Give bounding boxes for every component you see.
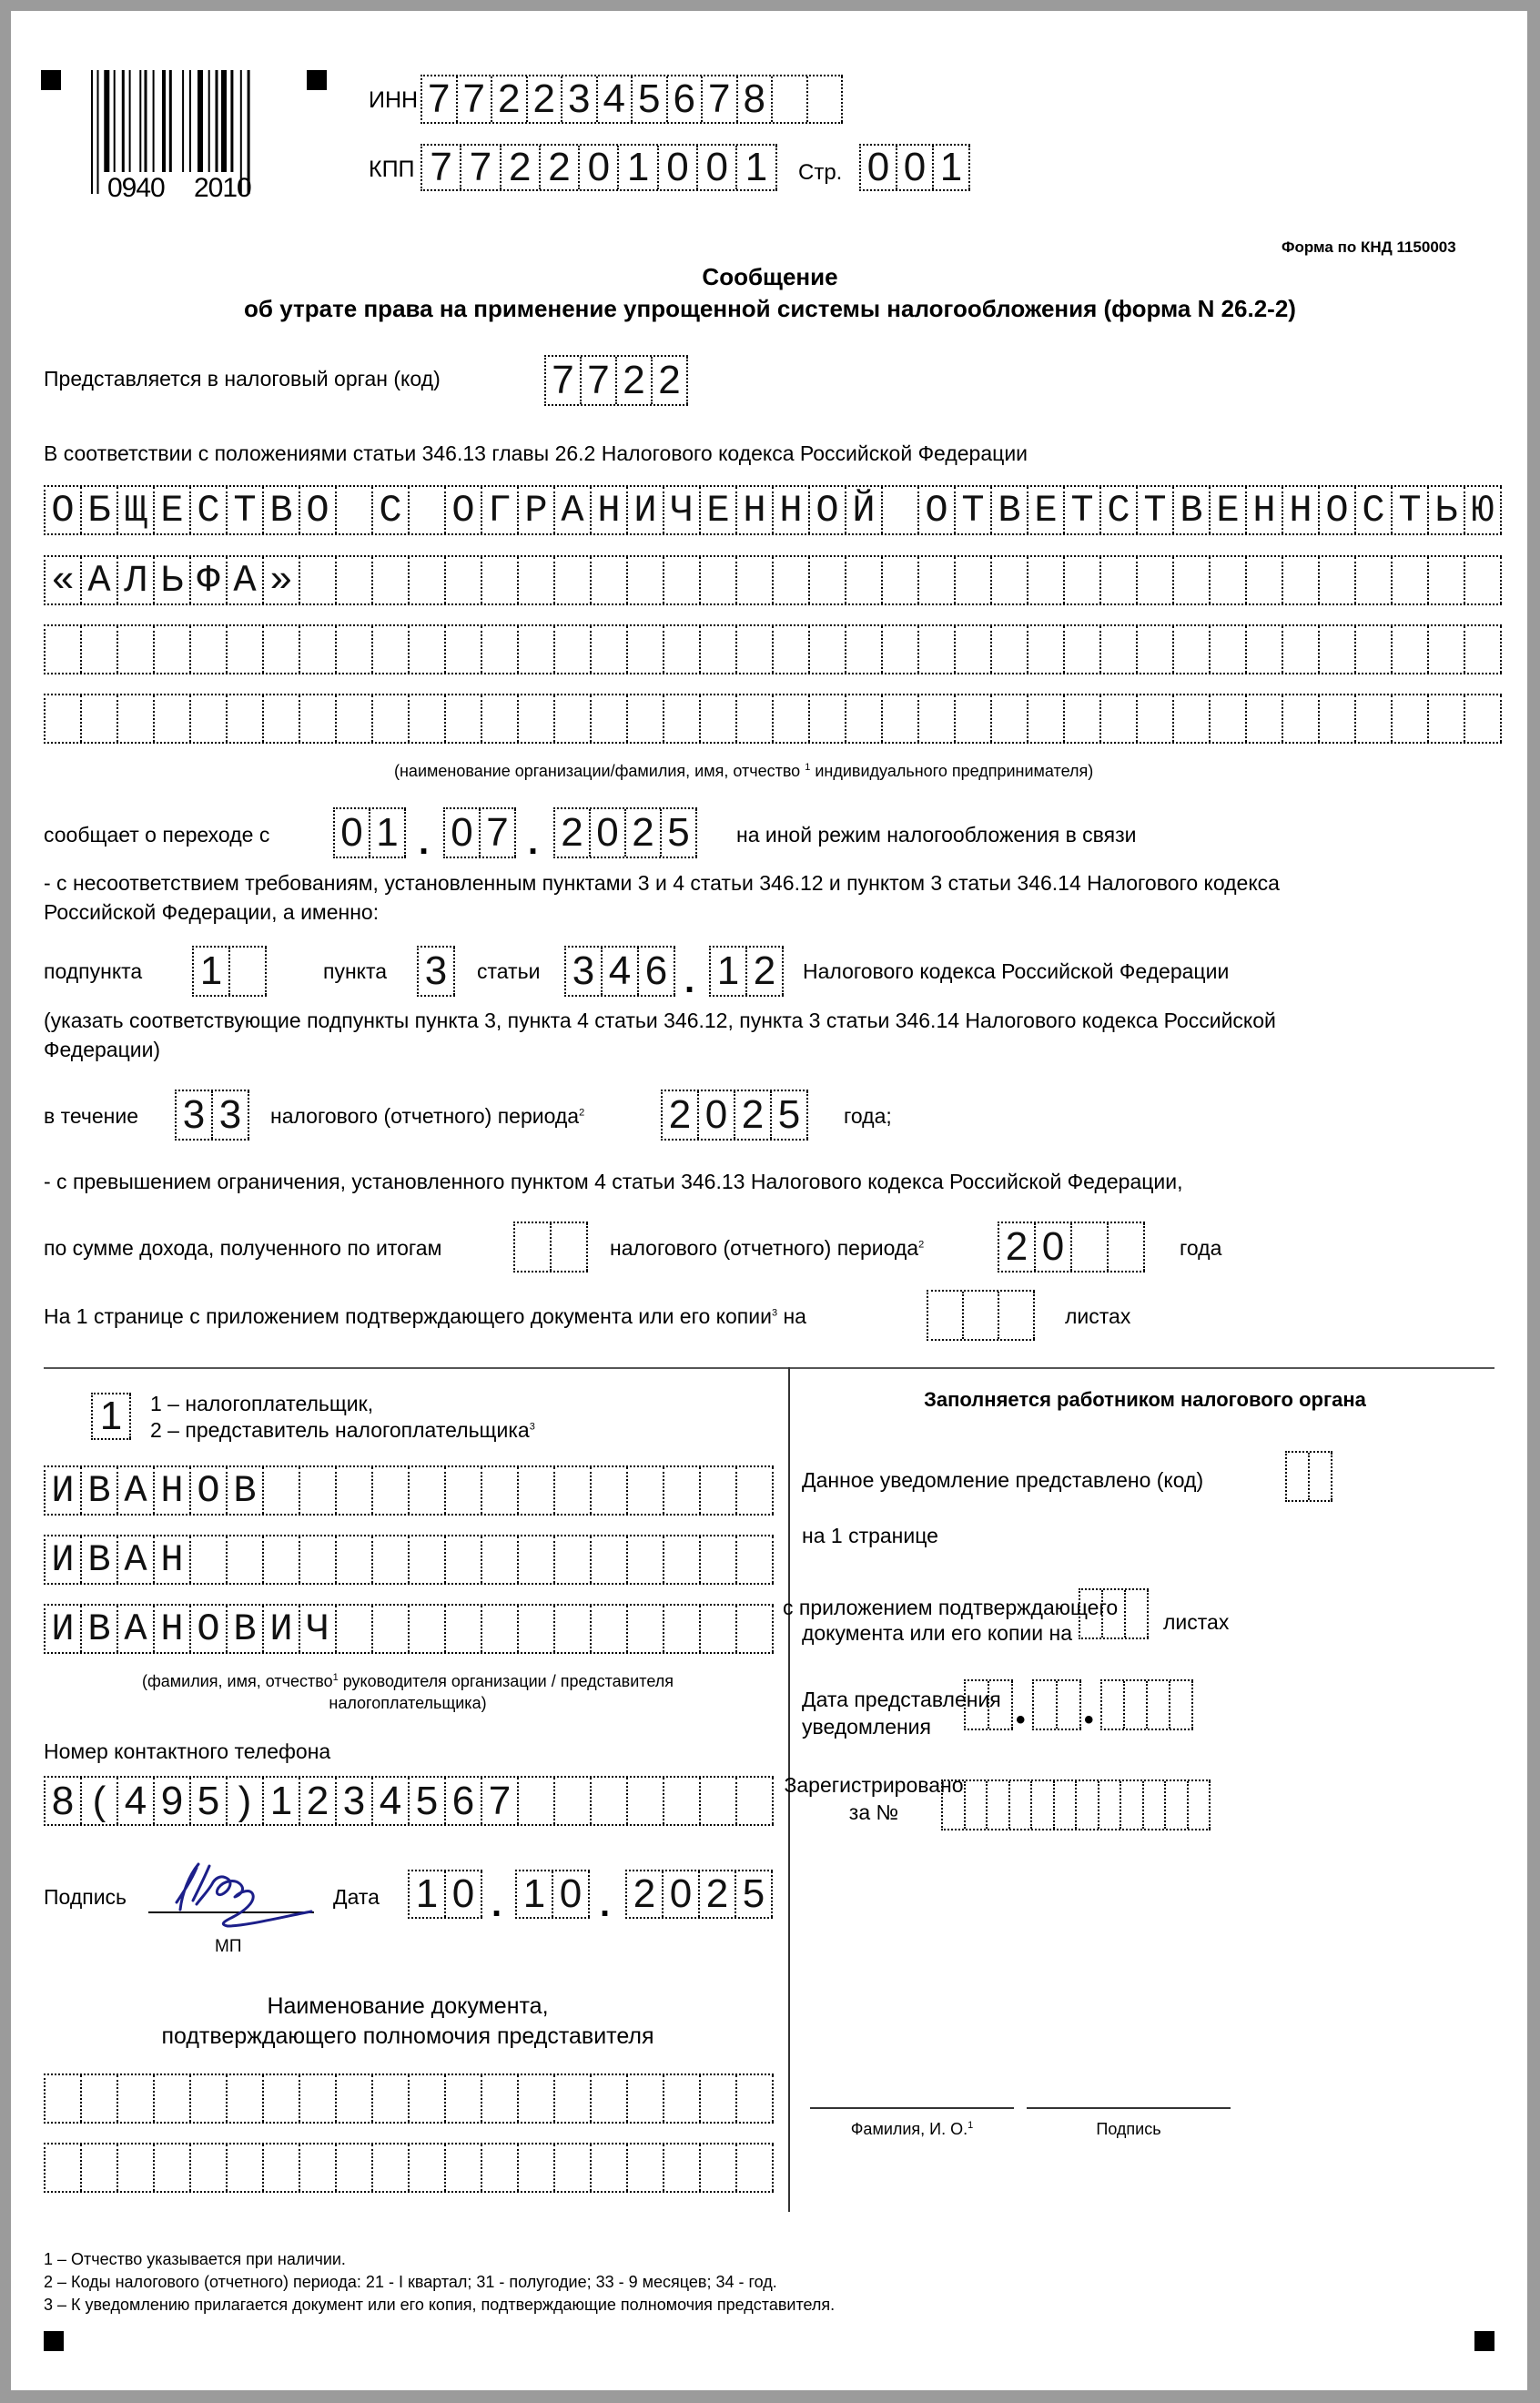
char-cell[interactable] [1174, 695, 1211, 742]
char-cell[interactable]: 9 [155, 1778, 191, 1824]
char-cell[interactable] [1211, 695, 1247, 742]
subpoint-field[interactable]: 1 [192, 946, 267, 997]
signature-year-field[interactable]: 2025 [625, 1870, 773, 1919]
char-cell[interactable] [228, 2144, 264, 2191]
char-cell[interactable] [264, 1536, 300, 1583]
char-cell[interactable] [701, 2075, 737, 2122]
char-cell[interactable] [701, 1606, 737, 1652]
char-cell[interactable] [46, 2144, 82, 2191]
char-cell[interactable] [664, 2144, 701, 2191]
char-cell[interactable] [737, 2075, 774, 2122]
char-cell[interactable] [1144, 1781, 1167, 1829]
char-cell[interactable] [592, 1606, 628, 1652]
char-cell[interactable] [300, 1536, 337, 1583]
char-cell[interactable]: В [992, 487, 1028, 533]
char-cell[interactable]: 3 [419, 948, 455, 995]
char-cell[interactable] [1356, 695, 1393, 742]
char-cell[interactable]: 7 [546, 357, 582, 404]
char-cell[interactable] [555, 1536, 592, 1583]
char-cell[interactable] [337, 2144, 373, 2191]
middle-name-field[interactable]: ИВАНОВИЧ [44, 1604, 774, 1654]
char-cell[interactable] [482, 1606, 519, 1652]
char-cell[interactable] [82, 695, 118, 742]
char-cell[interactable] [264, 1467, 300, 1514]
char-cell[interactable]: И [46, 1536, 82, 1583]
char-cell[interactable] [1283, 626, 1320, 673]
char-cell[interactable] [592, 1536, 628, 1583]
char-cell[interactable]: А [82, 557, 118, 603]
char-cell[interactable]: 5 [736, 1871, 773, 1917]
char-cell[interactable] [482, 2144, 519, 2191]
char-cell[interactable] [446, 2075, 482, 2122]
char-cell[interactable] [1429, 695, 1465, 742]
signature-icon[interactable] [146, 1857, 346, 1930]
char-cell[interactable]: 2 [541, 146, 580, 189]
char-cell[interactable] [46, 2075, 82, 2122]
char-cell[interactable] [1125, 1681, 1148, 1729]
char-cell[interactable] [410, 2075, 446, 2122]
char-cell[interactable] [628, 2075, 664, 2122]
char-cell[interactable]: 1 [410, 1871, 446, 1917]
char-cell[interactable] [46, 626, 82, 673]
char-cell[interactable] [1103, 1590, 1126, 1637]
char-cell[interactable]: А [118, 1467, 155, 1514]
phone-field[interactable]: 8(495)1234567 [44, 1776, 774, 1826]
char-cell[interactable]: Л [118, 557, 155, 603]
char-cell[interactable]: « [46, 557, 82, 603]
char-cell[interactable]: 7 [703, 76, 738, 122]
char-cell[interactable] [118, 695, 155, 742]
organization-name-row-4[interactable] [44, 694, 1502, 744]
char-cell[interactable] [1429, 626, 1465, 673]
char-cell[interactable] [966, 1681, 989, 1729]
char-cell[interactable] [737, 1778, 774, 1824]
char-cell[interactable]: 0 [897, 146, 934, 189]
char-cell[interactable]: 8 [738, 76, 774, 122]
char-cell[interactable]: 0 [861, 146, 897, 189]
article-field-b[interactable]: 12 [709, 946, 784, 997]
char-cell[interactable] [555, 1606, 592, 1652]
char-cell[interactable] [592, 695, 628, 742]
page-number-field[interactable]: 001 [859, 144, 970, 191]
char-cell[interactable] [883, 557, 919, 603]
char-cell[interactable] [919, 626, 956, 673]
char-cell[interactable]: Ь [155, 557, 191, 603]
char-cell[interactable] [519, 2144, 555, 2191]
char-cell[interactable] [373, 1467, 410, 1514]
char-cell[interactable] [446, 1606, 482, 1652]
char-cell[interactable] [482, 626, 519, 673]
char-cell[interactable]: 5 [633, 76, 668, 122]
attachment-sheets-field[interactable] [927, 1290, 1035, 1341]
char-cell[interactable]: Н [155, 1467, 191, 1514]
char-cell[interactable]: 7 [582, 357, 617, 404]
char-cell[interactable] [555, 1778, 592, 1824]
char-cell[interactable]: 2 [663, 1091, 699, 1139]
char-cell[interactable]: А [228, 557, 264, 603]
tax-authority-code-field[interactable]: 7722 [544, 355, 688, 406]
char-cell[interactable] [482, 557, 519, 603]
char-cell[interactable]: 1 [370, 809, 406, 857]
char-cell[interactable]: 0 [335, 809, 370, 857]
char-cell[interactable] [1170, 1681, 1193, 1729]
char-cell[interactable] [555, 2075, 592, 2122]
char-cell[interactable] [1283, 695, 1320, 742]
article-field-a[interactable]: 346 [564, 946, 675, 997]
char-cell[interactable]: И [628, 487, 664, 533]
char-cell[interactable] [155, 2144, 191, 2191]
char-cell[interactable]: 4 [598, 76, 633, 122]
char-cell[interactable] [956, 626, 992, 673]
char-cell[interactable] [774, 695, 810, 742]
char-cell[interactable] [999, 1292, 1035, 1339]
char-cell[interactable]: 2 [700, 1871, 736, 1917]
signature-day-field[interactable]: 10 [408, 1870, 482, 1919]
char-cell[interactable]: 7 [422, 146, 461, 189]
char-cell[interactable] [191, 2144, 228, 2191]
char-cell[interactable] [773, 76, 808, 122]
char-cell[interactable]: 1 [194, 948, 230, 995]
char-cell[interactable] [191, 1536, 228, 1583]
char-cell[interactable] [1465, 695, 1502, 742]
char-cell[interactable] [628, 2144, 664, 2191]
char-cell[interactable] [519, 2075, 555, 2122]
char-cell[interactable] [228, 626, 264, 673]
char-cell[interactable] [964, 1292, 999, 1339]
organization-name-row-3[interactable] [44, 624, 1502, 674]
char-cell[interactable] [628, 1467, 664, 1514]
char-cell[interactable] [928, 1292, 964, 1339]
char-cell[interactable]: В [264, 487, 300, 533]
char-cell[interactable]: Ь [1429, 487, 1465, 533]
char-cell[interactable] [1356, 557, 1393, 603]
char-cell[interactable]: Н [1247, 487, 1283, 533]
char-cell[interactable] [337, 557, 373, 603]
char-cell[interactable]: 2 [747, 948, 784, 995]
char-cell[interactable]: 1 [517, 1871, 553, 1917]
char-cell[interactable]: С [1101, 487, 1138, 533]
char-cell[interactable]: 7 [458, 76, 493, 122]
char-cell[interactable] [664, 1467, 701, 1514]
char-cell[interactable]: 2 [617, 357, 653, 404]
char-cell[interactable] [373, 1536, 410, 1583]
char-cell[interactable]: 1 [737, 146, 776, 189]
submitted-code-field[interactable] [1285, 1451, 1332, 1502]
char-cell[interactable]: 2 [492, 76, 528, 122]
char-cell[interactable] [446, 557, 482, 603]
char-cell[interactable] [337, 1467, 373, 1514]
char-cell[interactable] [373, 626, 410, 673]
char-cell[interactable] [300, 695, 337, 742]
inn-field[interactable]: 7722345678 [420, 75, 843, 124]
registration-number-field[interactable] [941, 1779, 1211, 1830]
char-cell[interactable] [552, 1223, 588, 1271]
char-cell[interactable]: Т [1138, 487, 1174, 533]
char-cell[interactable] [264, 2144, 300, 2191]
char-cell[interactable]: 4 [373, 1778, 410, 1824]
char-cell[interactable]: 6 [446, 1778, 482, 1824]
char-cell[interactable]: В [1174, 487, 1211, 533]
submission-month-field[interactable] [1032, 1679, 1081, 1730]
char-cell[interactable] [1010, 1781, 1033, 1829]
char-cell[interactable] [82, 2144, 118, 2191]
char-cell[interactable] [373, 2144, 410, 2191]
char-cell[interactable] [919, 557, 956, 603]
char-cell[interactable] [992, 557, 1028, 603]
char-cell[interactable] [737, 1467, 774, 1514]
char-cell[interactable]: 2 [735, 1091, 772, 1139]
char-cell[interactable] [446, 626, 482, 673]
char-cell[interactable]: Н [1283, 487, 1320, 533]
char-cell[interactable] [1393, 695, 1429, 742]
char-cell[interactable]: Е [1211, 487, 1247, 533]
char-cell[interactable]: Т [1065, 487, 1101, 533]
char-cell[interactable]: И [46, 1467, 82, 1514]
char-cell[interactable] [191, 626, 228, 673]
char-cell[interactable] [191, 695, 228, 742]
char-cell[interactable] [410, 626, 446, 673]
char-cell[interactable]: Ю [1465, 487, 1502, 533]
char-cell[interactable] [337, 695, 373, 742]
char-cell[interactable] [373, 695, 410, 742]
char-cell[interactable] [519, 557, 555, 603]
char-cell[interactable] [988, 1781, 1010, 1829]
char-cell[interactable]: О [810, 487, 846, 533]
char-cell[interactable]: А [555, 487, 592, 533]
char-cell[interactable] [1101, 626, 1138, 673]
char-cell[interactable] [1247, 626, 1283, 673]
last-name-field[interactable]: ИВАНОВ [44, 1465, 774, 1516]
char-cell[interactable] [300, 2144, 337, 2191]
char-cell[interactable] [737, 1606, 774, 1652]
char-cell[interactable]: Т [1393, 487, 1429, 533]
char-cell[interactable] [230, 948, 267, 995]
char-cell[interactable]: Г [482, 487, 519, 533]
char-cell[interactable]: 0 [553, 1871, 590, 1917]
char-cell[interactable] [1138, 557, 1174, 603]
char-cell[interactable] [1287, 1453, 1310, 1500]
char-cell[interactable] [737, 626, 774, 673]
char-cell[interactable] [592, 1467, 628, 1514]
char-cell[interactable] [701, 1467, 737, 1514]
char-cell[interactable] [515, 1223, 552, 1271]
transition-year-field[interactable]: 2025 [553, 807, 697, 858]
char-cell[interactable] [337, 2075, 373, 2122]
char-cell[interactable]: 7 [481, 809, 516, 857]
char-cell[interactable]: О [46, 487, 82, 533]
char-cell[interactable] [664, 1778, 701, 1824]
char-cell[interactable]: 0 [659, 146, 698, 189]
char-cell[interactable] [300, 2075, 337, 2122]
char-cell[interactable] [46, 695, 82, 742]
char-cell[interactable]: А [118, 1606, 155, 1652]
char-cell[interactable] [1174, 557, 1211, 603]
char-cell[interactable] [1166, 1781, 1189, 1829]
signer-type-field[interactable]: 1 [91, 1393, 131, 1440]
signature-month-field[interactable]: 10 [515, 1870, 590, 1919]
char-cell[interactable] [701, 695, 737, 742]
char-cell[interactable]: И [46, 1606, 82, 1652]
char-cell[interactable]: В [228, 1467, 264, 1514]
char-cell[interactable] [300, 1467, 337, 1514]
char-cell[interactable] [1320, 557, 1356, 603]
char-cell[interactable]: О [300, 487, 337, 533]
char-cell[interactable]: 7 [482, 1778, 519, 1824]
char-cell[interactable] [1320, 695, 1356, 742]
char-cell[interactable] [664, 626, 701, 673]
char-cell[interactable]: 2 [653, 357, 688, 404]
char-cell[interactable] [966, 1781, 988, 1829]
char-cell[interactable]: 7 [461, 146, 501, 189]
char-cell[interactable]: 2 [627, 1871, 664, 1917]
char-cell[interactable] [628, 557, 664, 603]
char-cell[interactable] [883, 626, 919, 673]
char-cell[interactable] [264, 2075, 300, 2122]
char-cell[interactable] [1080, 1590, 1103, 1637]
char-cell[interactable] [992, 626, 1028, 673]
char-cell[interactable] [1065, 626, 1101, 673]
char-cell[interactable]: С [1356, 487, 1393, 533]
char-cell[interactable]: В [82, 1536, 118, 1583]
char-cell[interactable] [446, 2144, 482, 2191]
char-cell[interactable]: 5 [191, 1778, 228, 1824]
char-cell[interactable] [664, 695, 701, 742]
transition-day-field[interactable]: 01 [333, 807, 406, 858]
char-cell[interactable] [943, 1781, 966, 1829]
char-cell[interactable]: 0 [580, 146, 619, 189]
char-cell[interactable] [300, 557, 337, 603]
char-cell[interactable]: О [919, 487, 956, 533]
char-cell[interactable]: 0 [591, 809, 626, 857]
char-cell[interactable] [410, 1536, 446, 1583]
char-cell[interactable] [228, 2075, 264, 2122]
char-cell[interactable]: Т [228, 487, 264, 533]
char-cell[interactable] [519, 695, 555, 742]
char-cell[interactable] [810, 695, 846, 742]
char-cell[interactable]: Н [592, 487, 628, 533]
char-cell[interactable] [1126, 1590, 1149, 1637]
char-cell[interactable] [810, 557, 846, 603]
char-cell[interactable]: В [228, 1606, 264, 1652]
char-cell[interactable] [446, 695, 482, 742]
char-cell[interactable]: 3 [562, 76, 598, 122]
char-cell[interactable]: В [82, 1606, 118, 1652]
char-cell[interactable]: 1 [934, 146, 970, 189]
transition-month-field[interactable]: 07 [443, 807, 516, 858]
char-cell[interactable] [555, 626, 592, 673]
organization-name-row-1[interactable]: ОБЩЕСТВОСОГРАНИЧЕННОЙОТВЕТСТВЕННОСТЬЮ [44, 485, 1502, 535]
char-cell[interactable]: Н [155, 1536, 191, 1583]
char-cell[interactable] [1028, 557, 1065, 603]
char-cell[interactable] [737, 695, 774, 742]
char-cell[interactable] [1055, 1781, 1078, 1829]
char-cell[interactable]: 2 [502, 146, 541, 189]
char-cell[interactable] [664, 557, 701, 603]
char-cell[interactable] [1310, 1453, 1332, 1500]
char-cell[interactable]: 0 [1036, 1223, 1072, 1271]
char-cell[interactable] [446, 1536, 482, 1583]
char-cell[interactable]: Р [519, 487, 555, 533]
char-cell[interactable]: ) [228, 1778, 264, 1824]
char-cell[interactable] [628, 626, 664, 673]
char-cell[interactable]: Н [774, 487, 810, 533]
char-cell[interactable]: А [118, 1536, 155, 1583]
char-cell[interactable] [592, 2144, 628, 2191]
char-cell[interactable] [519, 1467, 555, 1514]
char-cell[interactable]: 1 [711, 948, 747, 995]
char-cell[interactable] [846, 695, 883, 742]
char-cell[interactable] [410, 1467, 446, 1514]
char-cell[interactable] [410, 557, 446, 603]
point-field[interactable]: 3 [417, 946, 455, 997]
char-cell[interactable] [956, 695, 992, 742]
first-name-field[interactable]: ИВАН [44, 1535, 774, 1585]
char-cell[interactable] [1138, 626, 1174, 673]
char-cell[interactable] [155, 2075, 191, 2122]
char-cell[interactable] [628, 1606, 664, 1652]
char-cell[interactable] [1148, 1681, 1170, 1729]
submission-year-field[interactable] [1100, 1679, 1193, 1730]
char-cell[interactable] [1174, 626, 1211, 673]
char-cell[interactable] [737, 557, 774, 603]
char-cell[interactable]: 2 [528, 76, 563, 122]
char-cell[interactable] [118, 2075, 155, 2122]
char-cell[interactable] [664, 1606, 701, 1652]
char-cell[interactable] [82, 626, 118, 673]
char-cell[interactable] [1102, 1681, 1125, 1729]
char-cell[interactable] [737, 2144, 774, 2191]
char-cell[interactable] [155, 695, 191, 742]
char-cell[interactable]: » [264, 557, 300, 603]
char-cell[interactable] [628, 695, 664, 742]
char-cell[interactable] [1465, 626, 1502, 673]
char-cell[interactable]: Е [155, 487, 191, 533]
char-cell[interactable] [337, 1606, 373, 1652]
char-cell[interactable] [846, 626, 883, 673]
char-cell[interactable]: Ч [300, 1606, 337, 1652]
char-cell[interactable] [118, 626, 155, 673]
char-cell[interactable]: Е [1028, 487, 1065, 533]
char-cell[interactable]: С [191, 487, 228, 533]
char-cell[interactable] [1028, 695, 1065, 742]
char-cell[interactable] [1211, 626, 1247, 673]
char-cell[interactable] [956, 557, 992, 603]
period-code-field[interactable]: 33 [175, 1090, 249, 1141]
char-cell[interactable]: 3 [213, 1091, 249, 1139]
char-cell[interactable] [1465, 557, 1502, 603]
char-cell[interactable]: 5 [410, 1778, 446, 1824]
char-cell[interactable] [883, 487, 919, 533]
char-cell[interactable]: С [373, 487, 410, 533]
char-cell[interactable] [482, 1467, 519, 1514]
char-cell[interactable]: 2 [555, 809, 591, 857]
char-cell[interactable] [1058, 1681, 1081, 1729]
char-cell[interactable] [989, 1681, 1013, 1729]
char-cell[interactable]: И [264, 1606, 300, 1652]
submission-day-field[interactable] [964, 1679, 1013, 1730]
authority-document-row-1[interactable] [44, 2073, 774, 2124]
char-cell[interactable] [300, 626, 337, 673]
organization-name-row-2[interactable]: «АЛЬФА» [44, 555, 1502, 605]
excess-period-field[interactable] [513, 1222, 588, 1272]
char-cell[interactable]: 1 [619, 146, 658, 189]
char-cell[interactable] [701, 1778, 737, 1824]
char-cell[interactable]: Щ [118, 487, 155, 533]
char-cell[interactable]: 3 [177, 1091, 213, 1139]
char-cell[interactable] [373, 557, 410, 603]
char-cell[interactable] [118, 2144, 155, 2191]
char-cell[interactable]: 4 [118, 1778, 155, 1824]
